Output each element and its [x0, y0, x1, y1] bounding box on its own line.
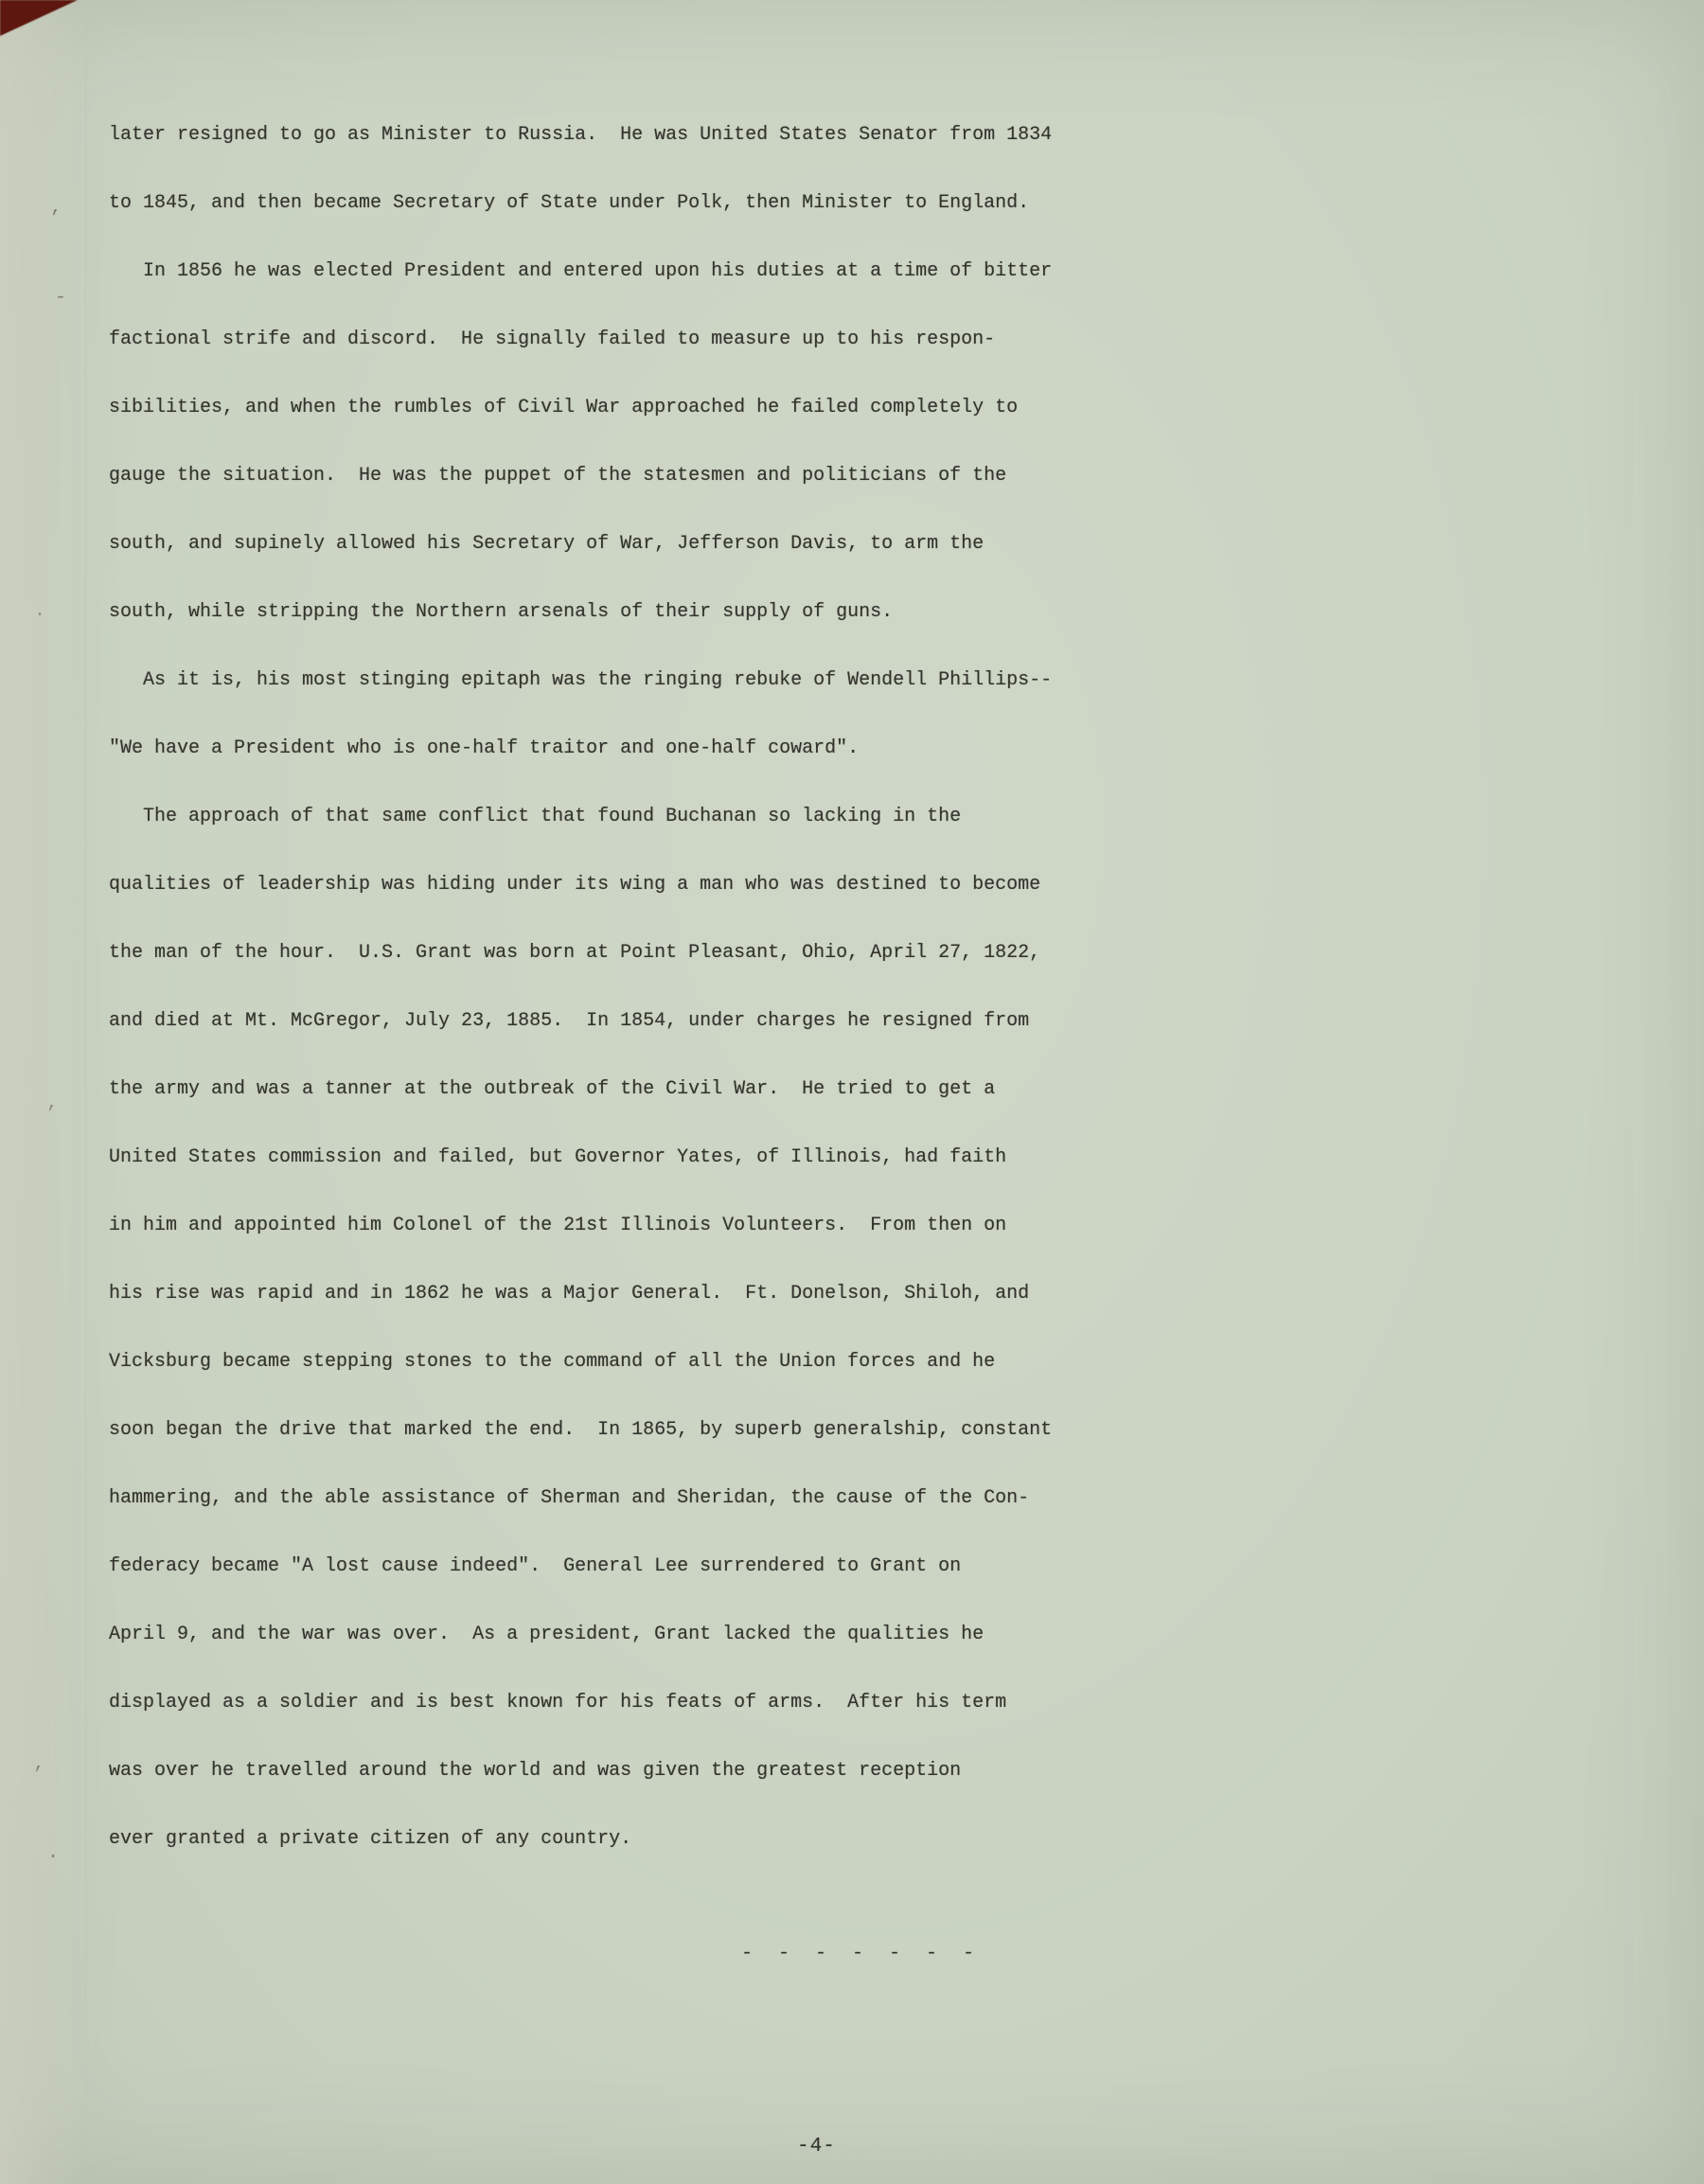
text-line: The approach of that same conflict that … [109, 803, 1112, 871]
text-line: to 1845, and then became Secretary of St… [109, 189, 1112, 257]
text-line: the man of the hour. U.S. Grant was born… [109, 939, 1112, 1007]
page-corner-fold [0, 0, 78, 36]
paper-left-edge [0, 0, 86, 2184]
text-line: ever granted a private citizen of any co… [109, 1825, 1112, 1893]
text-line: As it is, his most stinging epitaph was … [109, 666, 1112, 735]
margin-mark: ’ [45, 1104, 57, 1126]
margin-mark: . [47, 1842, 59, 1864]
margin-mark: - [55, 287, 66, 309]
text-line: gauge the situation. He was the puppet o… [109, 462, 1112, 530]
text-line: Vicksburg became stepping stones to the … [109, 1348, 1112, 1416]
section-separator: - - - - - - - [741, 1943, 975, 1964]
margin-mark: · [34, 604, 45, 626]
text-line: was over he travelled around the world a… [109, 1757, 1112, 1825]
document-page: ’ - · ’ ’ . later resigned to go as Mini… [0, 0, 1704, 2184]
text-line: hammering, and the able assistance of Sh… [109, 1484, 1112, 1553]
text-line: in him and appointed him Colonel of the … [109, 1212, 1112, 1280]
text-line: and died at Mt. McGregor, July 23, 1885.… [109, 1007, 1112, 1075]
margin-mark: ’ [49, 208, 61, 230]
text-line: federacy became "A lost cause indeed". G… [109, 1553, 1112, 1621]
text-line: displayed as a soldier and is best known… [109, 1689, 1112, 1757]
margin-mark: ’ [32, 1765, 44, 1786]
text-line: south, while stripping the Northern arse… [109, 598, 1112, 666]
text-line: his rise was rapid and in 1862 he was a … [109, 1280, 1112, 1348]
text-line: In 1856 he was elected President and ent… [109, 257, 1112, 326]
typewritten-text: later resigned to go as Minister to Russ… [109, 121, 1112, 1893]
page-number: -4- [797, 2136, 836, 2157]
text-line: factional strife and discord. He signall… [109, 326, 1112, 394]
text-line: qualities of leadership was hiding under… [109, 871, 1112, 939]
text-line: United States commission and failed, but… [109, 1144, 1112, 1212]
text-line: sibilities, and when the rumbles of Civi… [109, 394, 1112, 462]
text-line: soon began the drive that marked the end… [109, 1416, 1112, 1484]
text-line: later resigned to go as Minister to Russ… [109, 121, 1112, 189]
text-line: "We have a President who is one-half tra… [109, 735, 1112, 803]
text-line: south, and supinely allowed his Secretar… [109, 530, 1112, 598]
text-line: April 9, and the war was over. As a pres… [109, 1621, 1112, 1689]
text-line: the army and was a tanner at the outbrea… [109, 1075, 1112, 1144]
